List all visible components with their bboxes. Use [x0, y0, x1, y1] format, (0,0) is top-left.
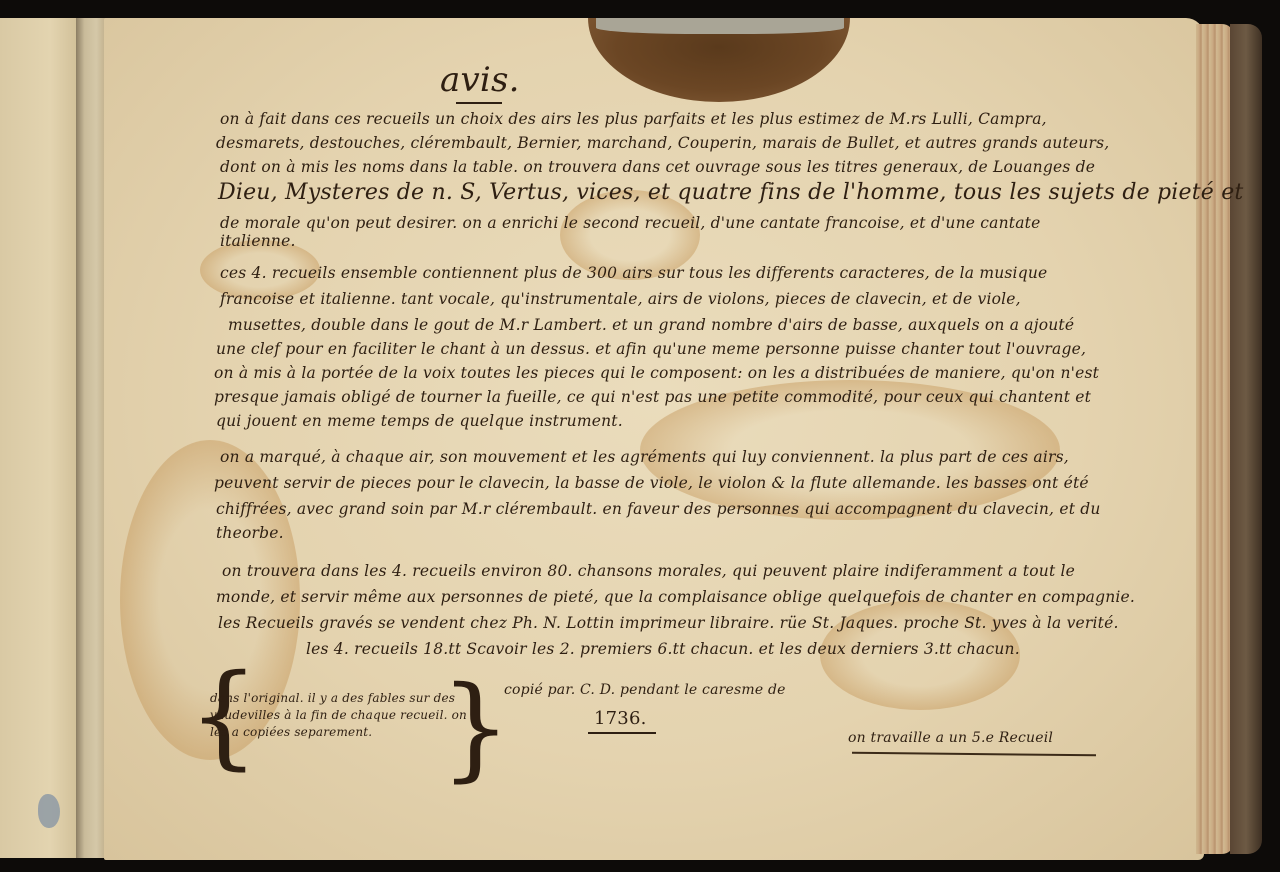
text-line: qui jouent en meme temps de quelque inst…: [216, 412, 623, 430]
text-line: peuvent servir de pieces pour le claveci…: [214, 474, 1089, 492]
text-line: italienne.: [220, 232, 296, 250]
text-line: desmarets, destouches, clérembault, Bern…: [216, 134, 1109, 152]
text-line: musettes, double dans le gout de M.r Lam…: [228, 316, 1074, 334]
text-line: les Recueils gravés se vendent chez Ph. …: [218, 614, 1119, 632]
text-line: chiffrées, avec grand soin par M.r clére…: [216, 500, 1101, 518]
stain-faded-edge: [596, 18, 844, 34]
book-cover-edge: [1230, 24, 1262, 854]
text-line: on à fait dans ces recueils un choix des…: [220, 110, 1047, 128]
copy-note: copié par. C. D. pendant le caresme de: [504, 682, 786, 698]
text-line: de morale qu'on peut desirer. on a enric…: [220, 214, 1040, 232]
open-book: avis. on à fait dans ces recueils un cho…: [0, 0, 1280, 872]
text-line: une clef pour en faciliter le chant à un…: [216, 340, 1086, 358]
blue-stain: [38, 794, 60, 828]
text-line: presque jamais obligé de tourner la fuei…: [214, 388, 1091, 406]
right-brace: }: [440, 672, 511, 784]
text-line: on trouvera dans les 4. recueils environ…: [222, 562, 1075, 580]
text-line: les 4. recueils 18.tt Scavoir les 2. pre…: [306, 640, 1020, 658]
page-title: avis.: [440, 60, 520, 100]
footer-note: on travaille a un 5.e Recueil: [848, 730, 1053, 746]
text-line: theorbe.: [216, 524, 284, 542]
text-line: monde, et servir même aux personnes de p…: [216, 588, 1135, 606]
year: 1736.: [594, 708, 647, 729]
text-line: ces 4. recueils ensemble contiennent plu…: [220, 264, 1047, 282]
page-edges: [1196, 24, 1234, 854]
left-page-leaf: [0, 18, 84, 858]
text-line: francoise et italienne. tant vocale, qu'…: [220, 290, 1021, 308]
year-underline: [588, 732, 656, 734]
text-line: dont on à mis les noms dans la table. on…: [220, 158, 1095, 176]
text-line: on a marqué, à chaque air, son mouvement…: [220, 448, 1069, 466]
text-line: on à mis à la portée de la voix toutes l…: [214, 364, 1099, 382]
title-underline: [456, 102, 502, 104]
text-line: Dieu, Mysteres de n. S, Vertus, vices, e…: [218, 180, 1243, 205]
